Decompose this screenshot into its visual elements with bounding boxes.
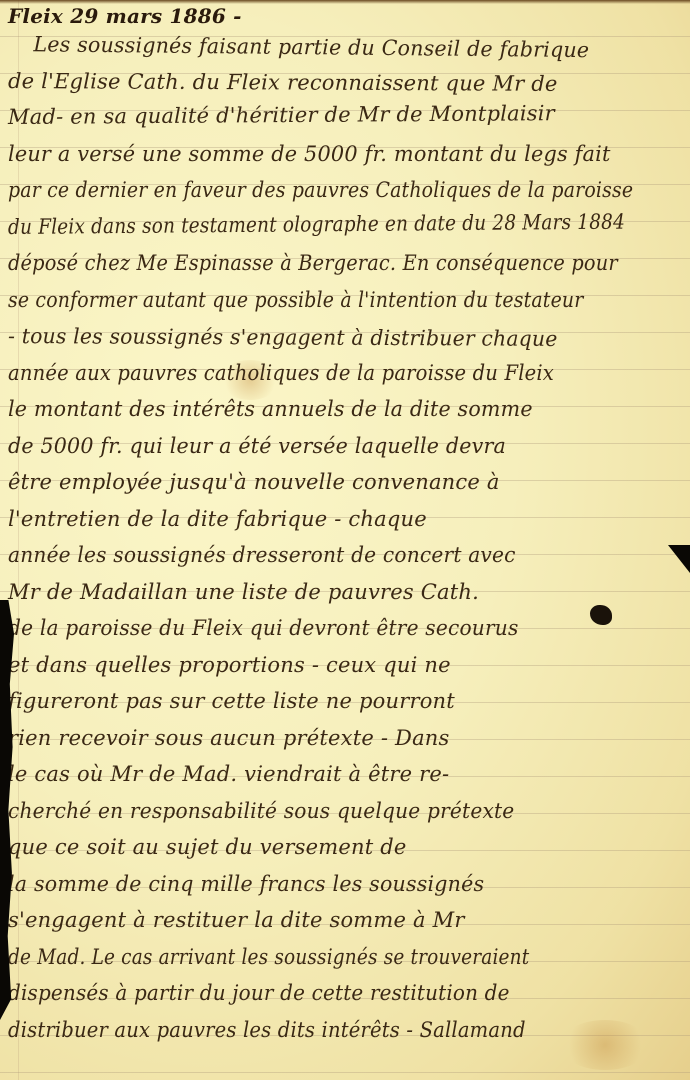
text-line: et dans quelles proportions - ceux qui n…: [8, 647, 688, 684]
text-line: par ce dernier en faveur des pauvres Cat…: [8, 172, 620, 209]
text-line: - tous les soussignés s'engagent à distr…: [8, 318, 668, 358]
text-line: Mr de Madaillan une liste de pauvres Cat…: [8, 574, 688, 611]
date-header: Fleix 29 mars 1886 -: [8, 2, 688, 26]
text-line: de 5000 fr. qui leur a été versée laquel…: [8, 428, 674, 465]
text-line: Mad- en sa qualité d'héritier de Mr de M…: [8, 94, 688, 135]
text-line: cherché en responsabilité sous quelque p…: [8, 793, 661, 830]
text-line: le cas où Mr de Mad. viendrait à être re…: [8, 756, 688, 793]
text-line: l'entretien de la dite fabrique - chaque: [8, 501, 688, 538]
text-line: année les soussignés dresseront de conce…: [8, 537, 661, 574]
text-line: la somme de cinq mille francs les soussi…: [8, 866, 674, 903]
ink-blot: [590, 605, 612, 625]
text-line: figureront pas sur cette liste ne pourro…: [8, 683, 688, 720]
text-line: dispensés à partir du jour de cette rest…: [8, 975, 654, 1012]
text-line: année aux pauvres catholiques de la paro…: [8, 355, 640, 392]
text-line: que ce soit au sujet du versement de: [8, 829, 688, 866]
text-line: rien recevoir sous aucun prétexte - Dans: [8, 720, 688, 757]
text-line: s'engagent à restituer la dite somme à M…: [8, 902, 688, 939]
text-line: être employée jusqu'à nouvelle convenanc…: [8, 464, 688, 501]
text-line: le montant des intérêts annuels de la di…: [8, 391, 674, 428]
text-line: du Fleix dans son testament olographe en…: [8, 203, 607, 245]
manuscript-text: Fleix 29 mars 1886 - Les soussignés fais…: [8, 2, 688, 1048]
text-line: déposé chez Me Espinasse à Bergerac. En …: [8, 245, 634, 282]
text-line: leur a versé une somme de 5000 fr. monta…: [8, 136, 681, 173]
signature-line: distribuer aux pauvres les dits intérêts…: [8, 1012, 640, 1049]
manuscript-page: Fleix 29 mars 1886 - Les soussignés fais…: [0, 0, 690, 1080]
text-line: se conformer autant que possible à l'int…: [8, 282, 620, 319]
text-line: de Mad. Le cas arrivant les soussignés s…: [8, 939, 606, 976]
text-line: de la paroisse du Fleix qui devront être…: [8, 610, 661, 647]
